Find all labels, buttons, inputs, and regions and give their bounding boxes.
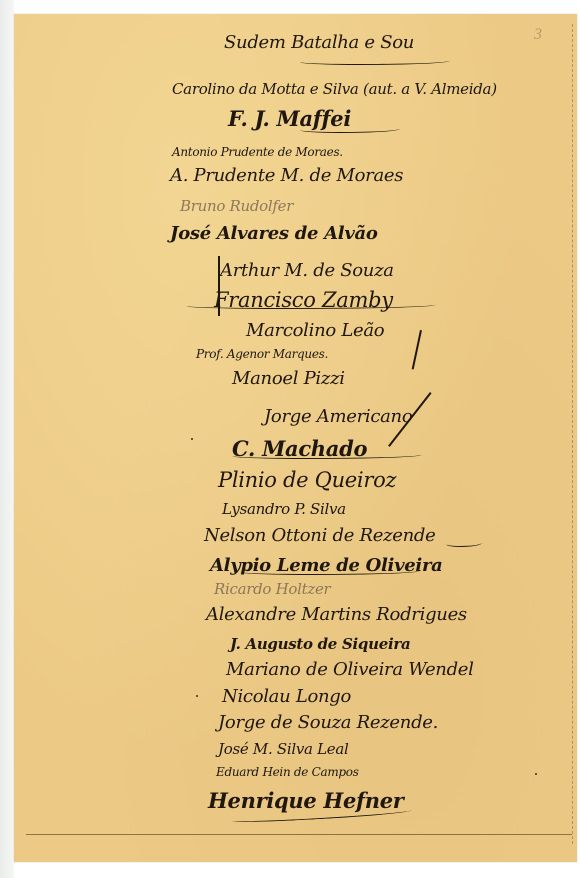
signature: Prof. Agenor Marques.: [196, 348, 328, 360]
signature: Eduard Hein de Campos: [216, 766, 359, 778]
signature: José M. Silva Leal: [218, 742, 349, 757]
signature: José Alvares de Alvão: [170, 225, 378, 243]
ink-speck: [191, 438, 193, 440]
signature: Alexandre Martins Rodrigues: [206, 606, 467, 624]
signature: Nelson Ottoni de Rezende: [204, 527, 436, 545]
signature: Ricardo Holtzer: [214, 582, 330, 597]
bottom-rule-line: [26, 834, 572, 835]
signature: Henrique Hefner: [208, 790, 404, 811]
signature: Nicolau Longo: [222, 688, 351, 706]
signature: Plinio de Queiroz: [218, 470, 396, 491]
signature: Jorge de Souza Rezende.: [218, 714, 438, 732]
signature: Jorge Americano: [264, 408, 412, 426]
ink-speck: [196, 695, 198, 697]
signature: Manoel Pizzi: [232, 370, 345, 388]
signature: Mariano de Oliveira Wendel: [226, 661, 474, 679]
signature: Bruno Rudolfer: [180, 199, 293, 214]
scan-backdrop: [0, 0, 14, 878]
signature: Marcolino Leão: [246, 322, 384, 340]
signature: Sudem Batalha e Sou: [224, 34, 414, 52]
ink-speck: [535, 773, 537, 775]
page-number: 3: [534, 26, 542, 44]
signature: Arthur M. de Souza: [220, 262, 394, 280]
perforation-line: [572, 24, 573, 844]
signature: J. Augusto de Siqueira: [230, 637, 410, 652]
signature: A. Prudente M. de Moraes: [170, 167, 403, 185]
signature: Carolino da Motta e Silva (aut. a V. Alm…: [172, 82, 497, 97]
signature: Antonio Prudente de Moraes.: [172, 146, 343, 158]
signature: Lysandro P. Silva: [222, 502, 346, 517]
